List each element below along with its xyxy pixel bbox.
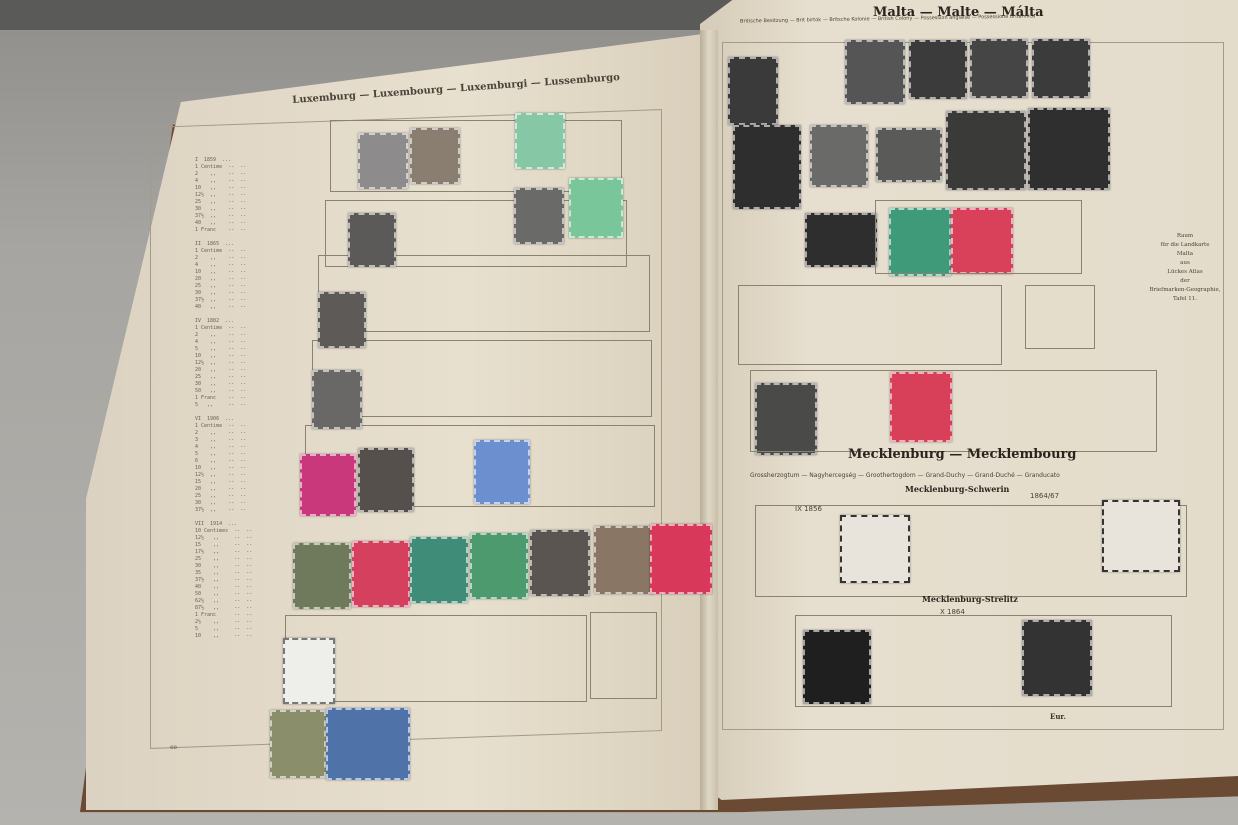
stamp-malta — [946, 111, 1026, 190]
schwerin-year-2: 1864/67 — [1030, 492, 1059, 500]
stamp-slot — [312, 340, 652, 417]
stamp-luxembourg — [283, 638, 335, 704]
stamp-malta — [810, 125, 868, 187]
schwerin-header: Mecklenburg-Schwerin — [905, 484, 1009, 494]
map-note-line: aus — [1135, 259, 1235, 268]
stamp-malta — [1028, 108, 1110, 190]
stamp-slot — [738, 285, 1002, 365]
stamp-slot — [590, 612, 657, 699]
stamp-luxembourg — [300, 454, 356, 516]
stamp-luxembourg — [326, 708, 410, 780]
stamp-luxembourg — [569, 178, 623, 238]
stamp-slot — [875, 200, 1082, 274]
stamp-luxembourg — [650, 524, 712, 594]
stamp-luxembourg — [470, 533, 528, 599]
stamp-luxembourg — [594, 526, 654, 594]
stamp-malta — [970, 39, 1028, 98]
stamp-luxembourg — [514, 188, 564, 244]
stamp-luxembourg — [515, 113, 565, 169]
stamp-luxembourg — [348, 213, 396, 267]
stamp-mecklenburg-strelitz — [1022, 620, 1092, 696]
stamp-luxembourg — [530, 530, 590, 596]
map-note-line: Malta — [1135, 250, 1235, 259]
album-spine — [700, 30, 718, 810]
map-note-line: der — [1135, 277, 1235, 286]
map-note-line: Raum — [1135, 232, 1235, 241]
stamp-luxembourg — [474, 440, 530, 504]
stamp-malta — [876, 128, 942, 182]
stamp-mecklenburg — [840, 515, 910, 583]
stamp-slot — [750, 370, 1157, 452]
stamp-luxembourg — [358, 133, 408, 189]
stamp-luxembourg — [410, 537, 468, 603]
strelitz-header: Mecklenburg-Strelitz — [922, 594, 1018, 604]
stamp-luxembourg — [352, 541, 410, 607]
stamp-luxembourg — [270, 710, 326, 778]
stamp-malta — [909, 40, 967, 99]
page-number-left: 60 — [170, 745, 177, 751]
stamp-malta — [1032, 39, 1090, 98]
stamp-malta — [845, 40, 905, 104]
stamp-luxembourg — [293, 543, 351, 609]
stamp-luxembourg — [358, 448, 414, 512]
stamp-slot — [1025, 285, 1095, 349]
map-note-line: Lückes Atlas — [1135, 268, 1235, 277]
stamp-malta — [733, 125, 801, 209]
stamp-malta — [728, 57, 778, 125]
stamp-malta — [805, 213, 877, 267]
mecklenburg-header: Mecklenburg — Mecklembourg — [848, 447, 1076, 462]
stamp-luxembourg — [312, 370, 362, 429]
stamp-luxembourg — [410, 128, 460, 184]
price-column: I 1859 ... 1 Centime -- -- 2 ,, -- -- 4 … — [195, 150, 255, 640]
stamp-mecklenburg — [1102, 500, 1180, 572]
stamp-mecklenburg-strelitz — [803, 630, 871, 704]
map-note-line: Tafel 11. — [1135, 295, 1235, 304]
map-note-line: für die Landkarte — [1135, 241, 1235, 250]
page-footer-right: Eur. — [1050, 712, 1066, 721]
stamp-luxembourg — [318, 292, 366, 348]
map-note: Raum für die Landkarte Malta aus Lückes … — [1135, 232, 1235, 304]
map-note-line: Briefmarken-Geographie, — [1135, 286, 1235, 295]
mecklenburg-subheader: Grossherzogtum — Nagyhercegség — Groothe… — [750, 472, 1060, 479]
